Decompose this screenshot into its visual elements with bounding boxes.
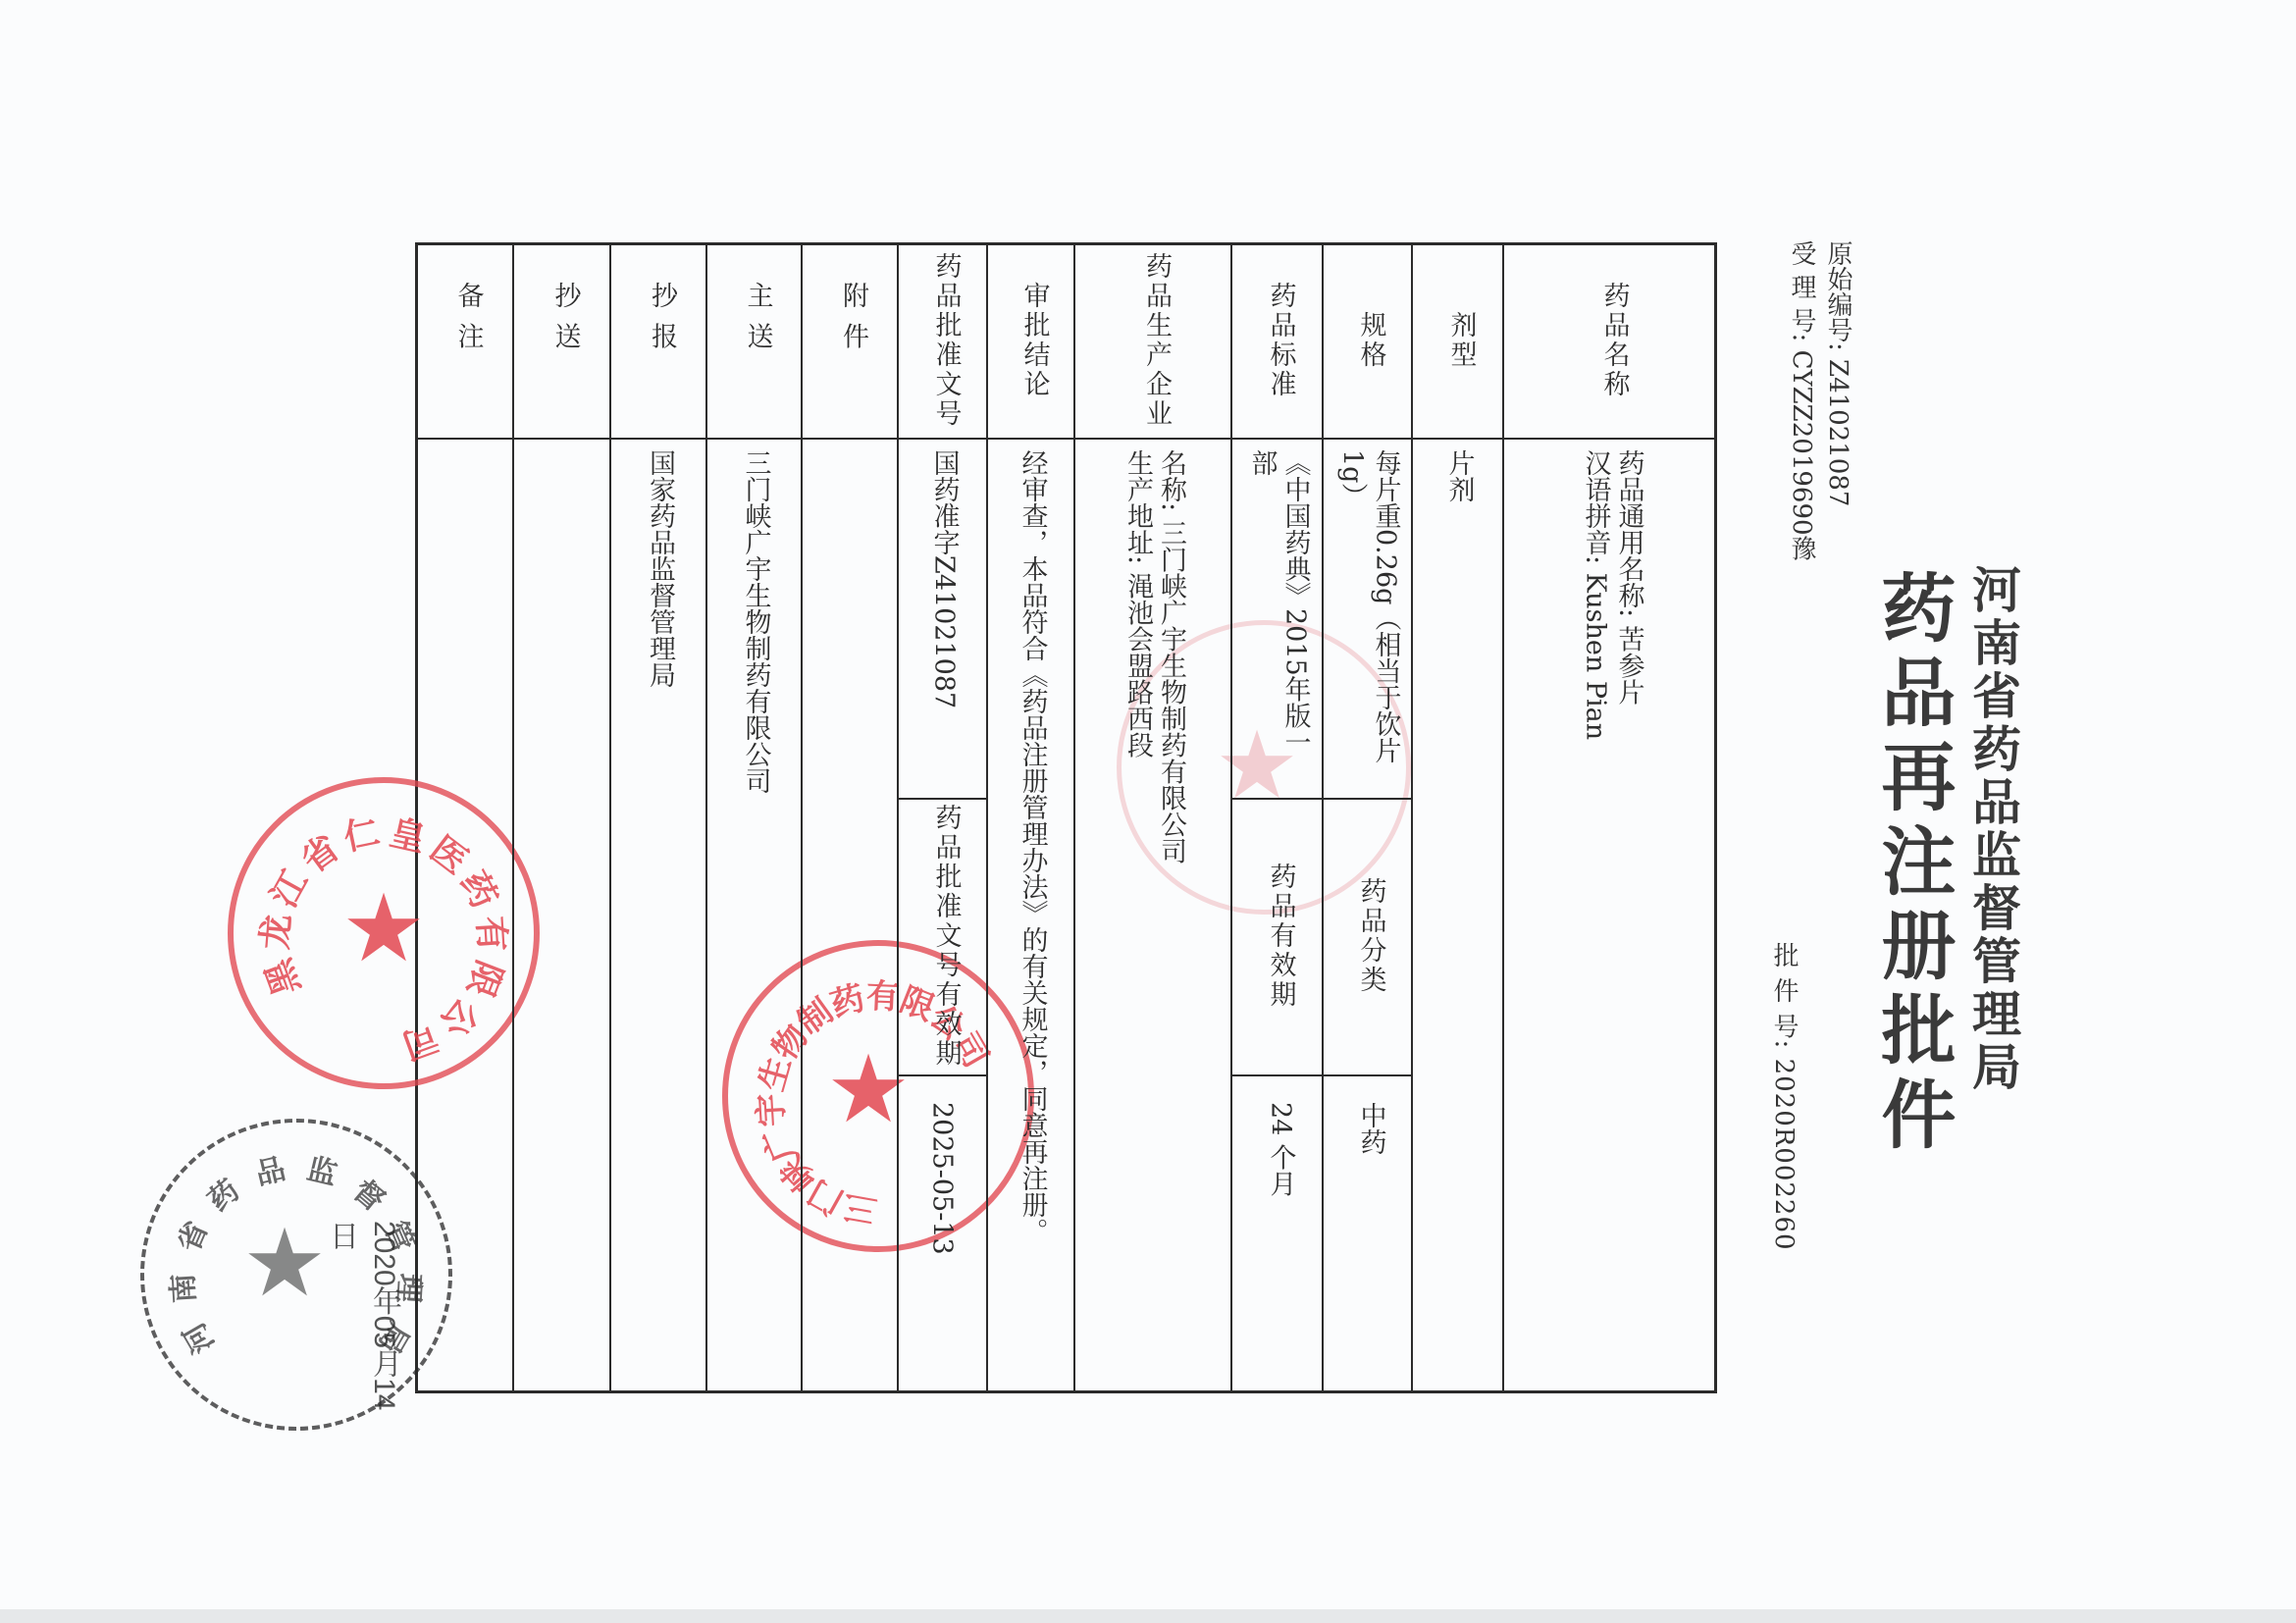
approval-number-value: 2020R002260 bbox=[1769, 1059, 1799, 1251]
row-value: 名称: 三门峡广宇生物制药有限公司 bbox=[1152, 449, 1190, 864]
table-row bbox=[1322, 242, 1411, 1393]
seal-character: 河 bbox=[170, 1316, 222, 1363]
row-label: 抄 报 bbox=[643, 282, 681, 352]
sub-label: 药品批准文号有效期 bbox=[927, 804, 965, 1069]
agency-name: 河南省药品监督管理局 bbox=[1957, 564, 2028, 1094]
row-value: 国药准字Z41021087 bbox=[925, 449, 964, 708]
sub-cell-divider bbox=[1230, 798, 1322, 800]
row-value: 汉语拼音: Kushen Pian bbox=[1577, 449, 1615, 740]
table-row bbox=[705, 242, 801, 1393]
approval-number: 批 件 号: 2020R002260 bbox=[1766, 942, 1802, 1251]
seal-character: 药 bbox=[197, 1167, 247, 1219]
sub-cell-divider bbox=[1322, 1074, 1411, 1076]
row-value: 生产地址: 渑池会盟路西段 bbox=[1119, 449, 1157, 759]
table-row bbox=[609, 242, 705, 1393]
row-label: 剂型 bbox=[1442, 311, 1481, 370]
row-value: 国家药品监督管理局 bbox=[641, 449, 679, 688]
document-title: 药品再注册批件 bbox=[1859, 569, 1966, 1160]
row-label: 药品生产企业 bbox=[1137, 252, 1175, 429]
sub-cell-divider bbox=[1322, 798, 1411, 800]
seal-character: 江 bbox=[257, 860, 318, 915]
row-label: 药品批准文号 bbox=[927, 252, 965, 429]
row-label: 附 件 bbox=[834, 282, 872, 352]
sub-label: 药品分类 bbox=[1352, 877, 1390, 995]
row-value: 1g） bbox=[1333, 449, 1372, 509]
row-label: 主 送 bbox=[739, 282, 777, 352]
acceptance-number: 受 理 号: CYZZ2019690豫 bbox=[1784, 240, 1820, 561]
original-number-label: 原始编号: bbox=[1823, 240, 1852, 351]
row-label: 抄 送 bbox=[547, 282, 585, 352]
agency-seal: ★ 2020年05月14日 河南省药品监督管理局 bbox=[140, 1119, 452, 1431]
row-value: 药品通用名称: 苦参片 bbox=[1610, 449, 1648, 706]
table-row bbox=[1411, 242, 1502, 1393]
sub-value: 2025-05-13 bbox=[927, 1102, 958, 1255]
row-value: 每片重0.26g（相当于饮片 bbox=[1367, 449, 1405, 763]
seal-character: 仁 bbox=[339, 805, 384, 861]
table-row bbox=[801, 242, 897, 1393]
original-number-value: Z41021087 bbox=[1823, 359, 1852, 506]
row-value: 部 bbox=[1243, 449, 1281, 476]
original-number: 原始编号: Z41021087 bbox=[1820, 240, 1856, 506]
page-edge bbox=[0, 1609, 2296, 1623]
seal-character: 黑 bbox=[251, 953, 310, 1003]
seal-character: 南 bbox=[158, 1273, 203, 1305]
sub-value: 中药 bbox=[1352, 1102, 1390, 1155]
row-label: 规格 bbox=[1352, 311, 1390, 370]
star-icon: ★ bbox=[242, 1216, 327, 1310]
table-row bbox=[1502, 242, 1717, 1393]
seal-character: 督 bbox=[345, 1167, 395, 1219]
row-value: 片剂 bbox=[1440, 449, 1479, 502]
seal-character: 品 bbox=[250, 1144, 288, 1193]
approval-number-label: 批 件 号: bbox=[1769, 942, 1799, 1049]
acceptance-number-label: 受 理 号: bbox=[1787, 240, 1816, 341]
seal-character: 省 bbox=[164, 1214, 215, 1258]
sub-label: 药品有效期 bbox=[1262, 863, 1300, 1010]
row-value: 三门峡广宇生物制药有限公司 bbox=[737, 449, 775, 794]
row-value: 经审查，本品符合《药品注册管理办法》的有关规定，同意再注册。 bbox=[1014, 449, 1052, 1244]
sub-value: 24 个月 bbox=[1262, 1102, 1300, 1197]
sub-cell-divider bbox=[897, 1074, 986, 1076]
acceptance-number-value: CYZZ2019690豫 bbox=[1787, 350, 1816, 561]
seal-character: 龙 bbox=[248, 913, 301, 952]
table-row bbox=[415, 242, 512, 1393]
table-row bbox=[512, 242, 609, 1393]
table-row bbox=[1230, 242, 1322, 1393]
row-label: 药品名称 bbox=[1595, 282, 1634, 399]
sub-cell-divider bbox=[897, 798, 986, 800]
row-value: 《中国药典》2015年版一 bbox=[1277, 449, 1315, 756]
sub-cell-divider bbox=[1230, 1074, 1322, 1076]
seal-character: 监 bbox=[304, 1144, 342, 1193]
agency-seal-date: 2020年05月14日 bbox=[319, 1221, 405, 1427]
row-label: 药品标准 bbox=[1262, 282, 1300, 399]
row-label: 审批结论 bbox=[1016, 282, 1054, 399]
seal-character: 省 bbox=[289, 821, 347, 882]
star-icon: ★ bbox=[341, 881, 426, 975]
row-label: 备 注 bbox=[449, 282, 488, 352]
